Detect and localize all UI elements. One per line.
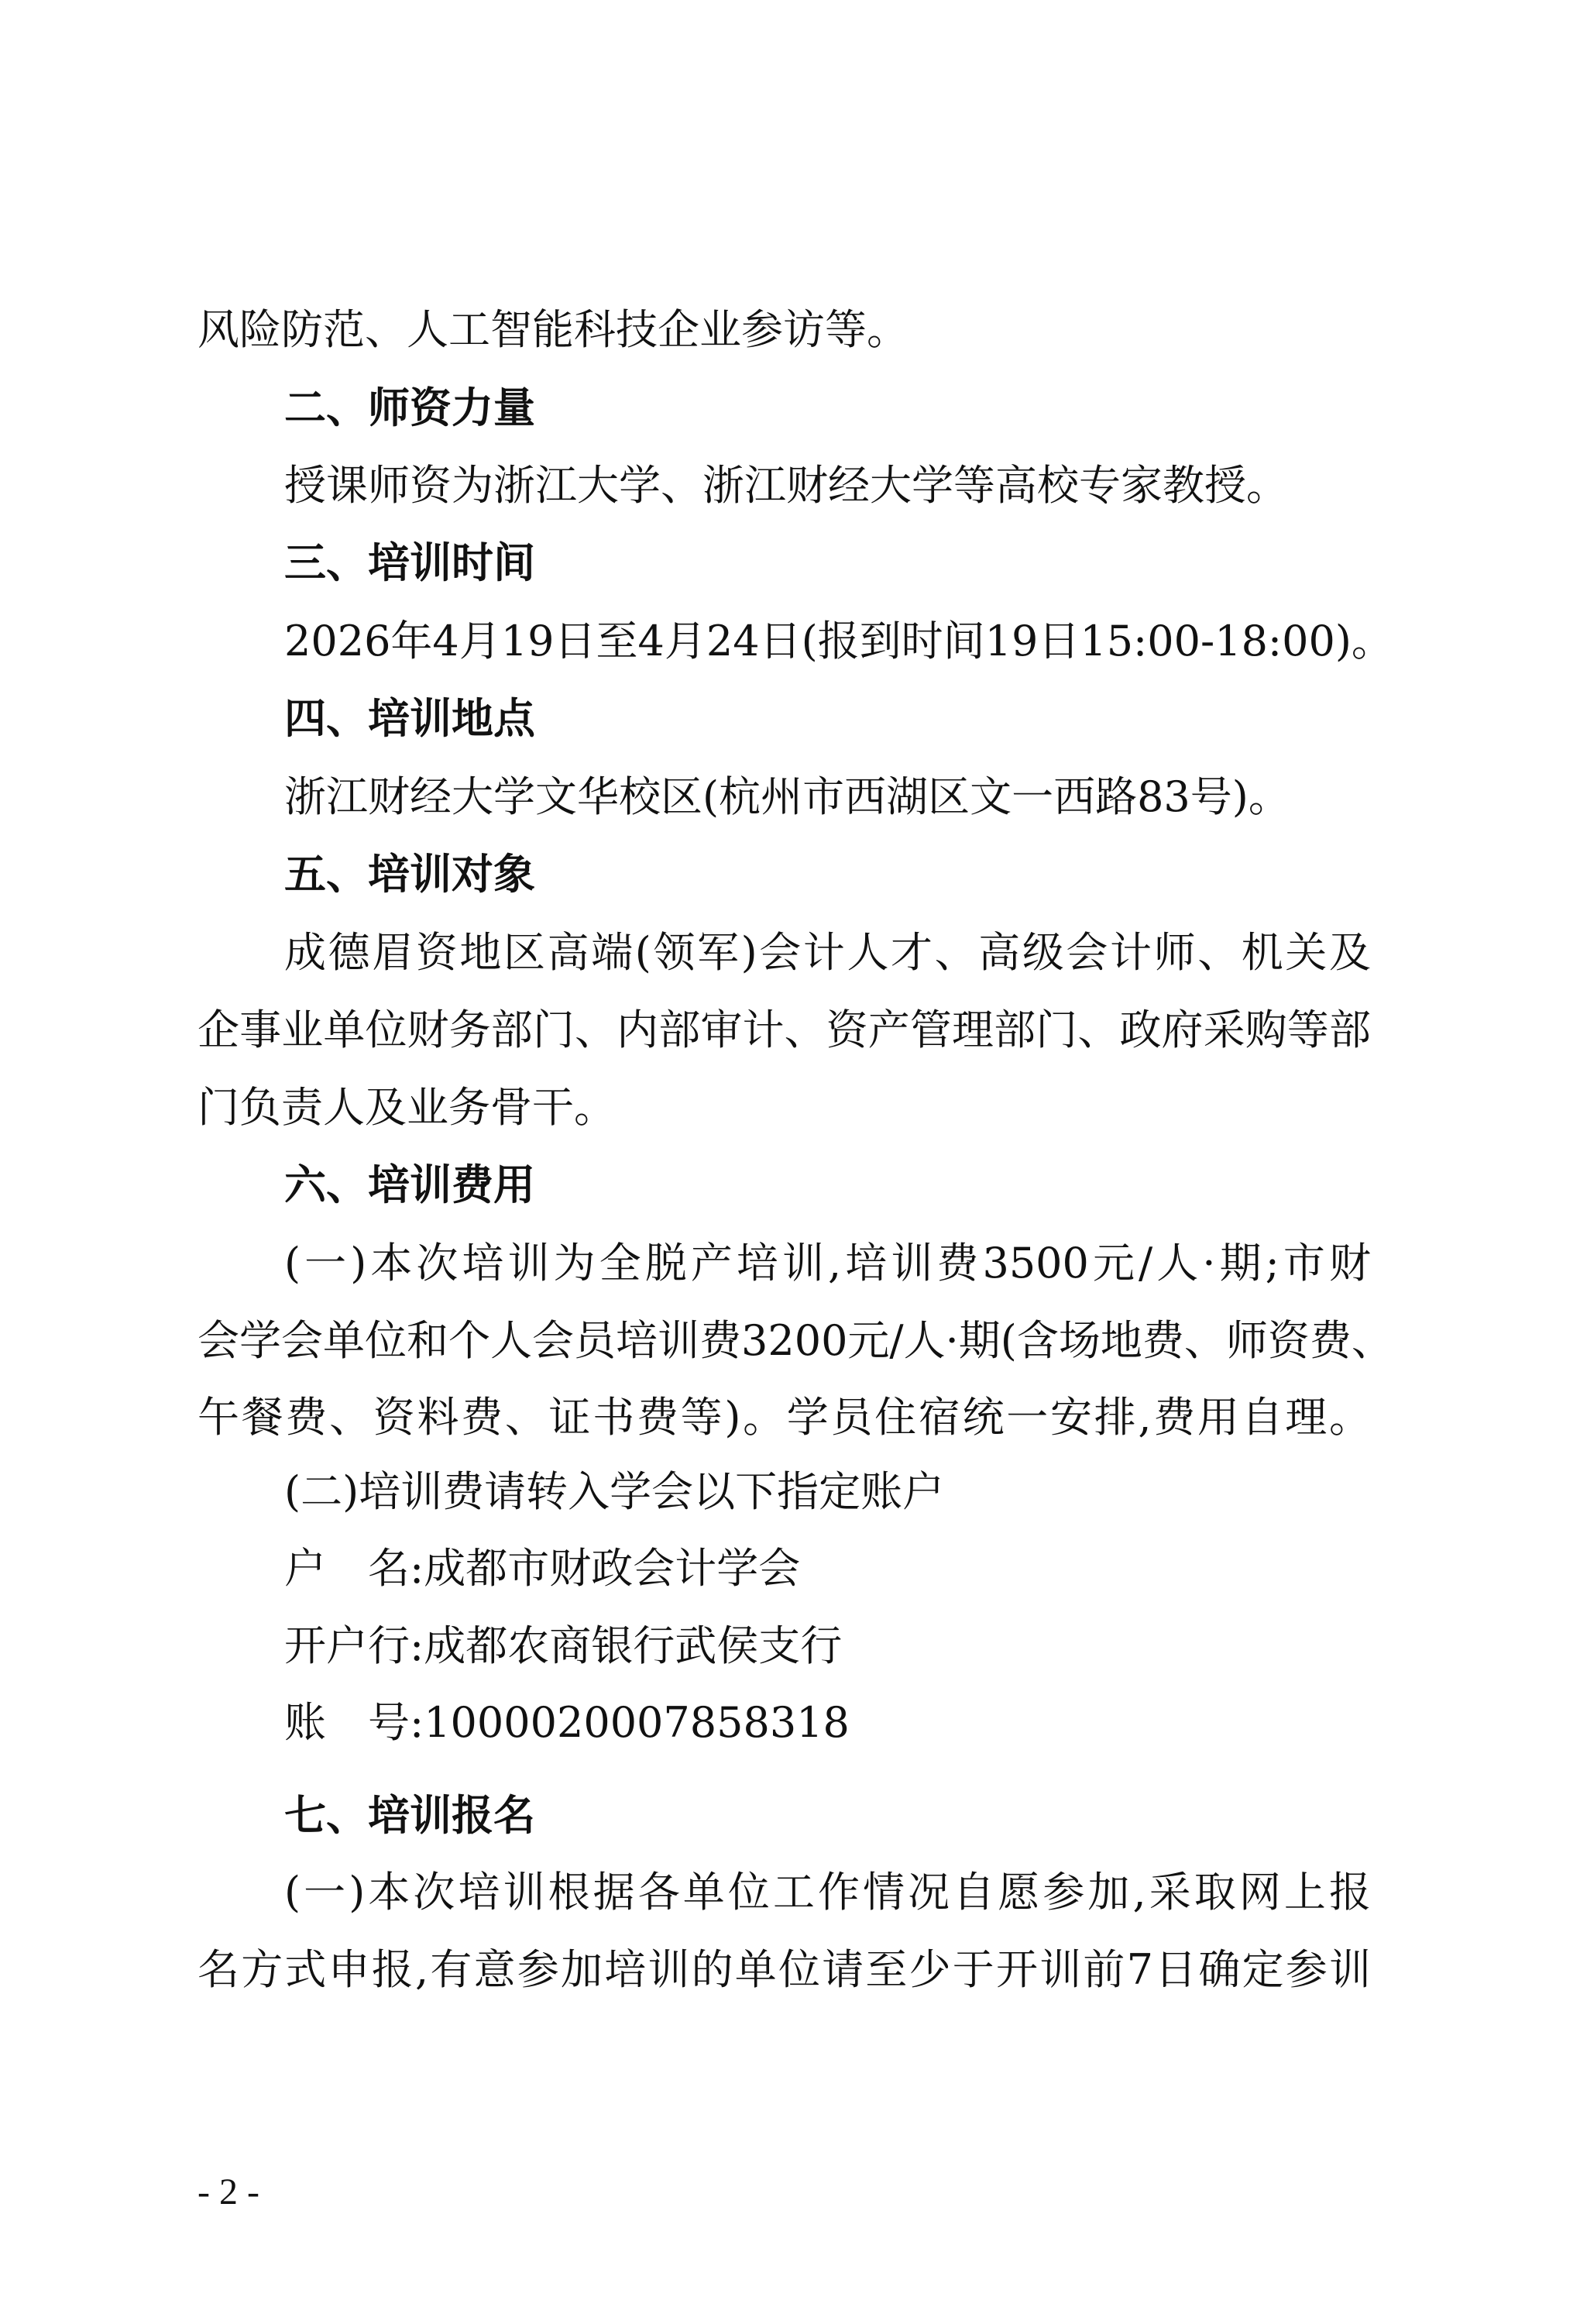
section-heading-location: 四、培训地点 [284,680,1371,758]
page-number: - 2 - [197,2161,259,2223]
body-line-audience-2: 企事业单位财务部门、内部审计、资产管理部门、政府采购等部 [197,992,1371,1069]
account-name-line: 户 名:成都市财政会计学会 [284,1530,1371,1607]
section-heading-time: 三、培训时间 [284,524,1371,602]
body-line-registration-1: (一)本次培训根据各单位工作情况自愿参加,采取网上报 [284,1854,1371,1931]
account-bank-line: 开户行:成都农商银行武侯支行 [284,1607,1371,1685]
document-page: 风险防范、人工智能科技企业参访等。 二、师资力量 授课师资为浙江大学、浙江财经大… [0,0,1580,2324]
section-heading-audience: 五、培训对象 [284,836,1371,913]
body-line-registration-2: 名方式申报,有意参加培训的单位请至少于开训前7日确定参训 [197,1931,1371,2009]
body-line-fees-1: (一)本次培训为全脱产培训,培训费3500元/人·期;市财 [284,1225,1371,1302]
body-line-fees-3: 午餐费、资料费、证书费等)。学员住宿统一安排,费用自理。 [197,1379,1371,1456]
body-line-continuation: 风险防范、人工智能科技企业参访等。 [197,291,1371,369]
section-heading-fees: 六、培训费用 [284,1147,1371,1224]
body-line-location: 浙江财经大学文华校区(杭州市西湖区文一西路83号)。 [284,758,1371,836]
section-heading-registration: 七、培训报名 [284,1777,1371,1855]
body-line-audience-1: 成德眉资地区高端(领军)会计人才、高级会计师、机关及 [284,914,1371,992]
section-heading-teachers: 二、师资力量 [284,370,1371,447]
body-line-audience-3: 门负责人及业务骨干。 [197,1069,1371,1147]
body-line-fees-2: 会学会单位和个人会员培训费3200元/人·期(含场地费、师资费、 [197,1302,1371,1380]
account-number-line: 账 号:1000020007858318 [284,1684,1371,1762]
body-line-teachers: 授课师资为浙江大学、浙江财经大学等高校专家教授。 [284,447,1371,524]
body-line-time: 2026年4月19日至4月24日(报到时间19日15:00-18:00)。 [284,603,1371,680]
body-line-account-intro: (二)培训费请转入学会以下指定账户 [284,1453,1371,1531]
